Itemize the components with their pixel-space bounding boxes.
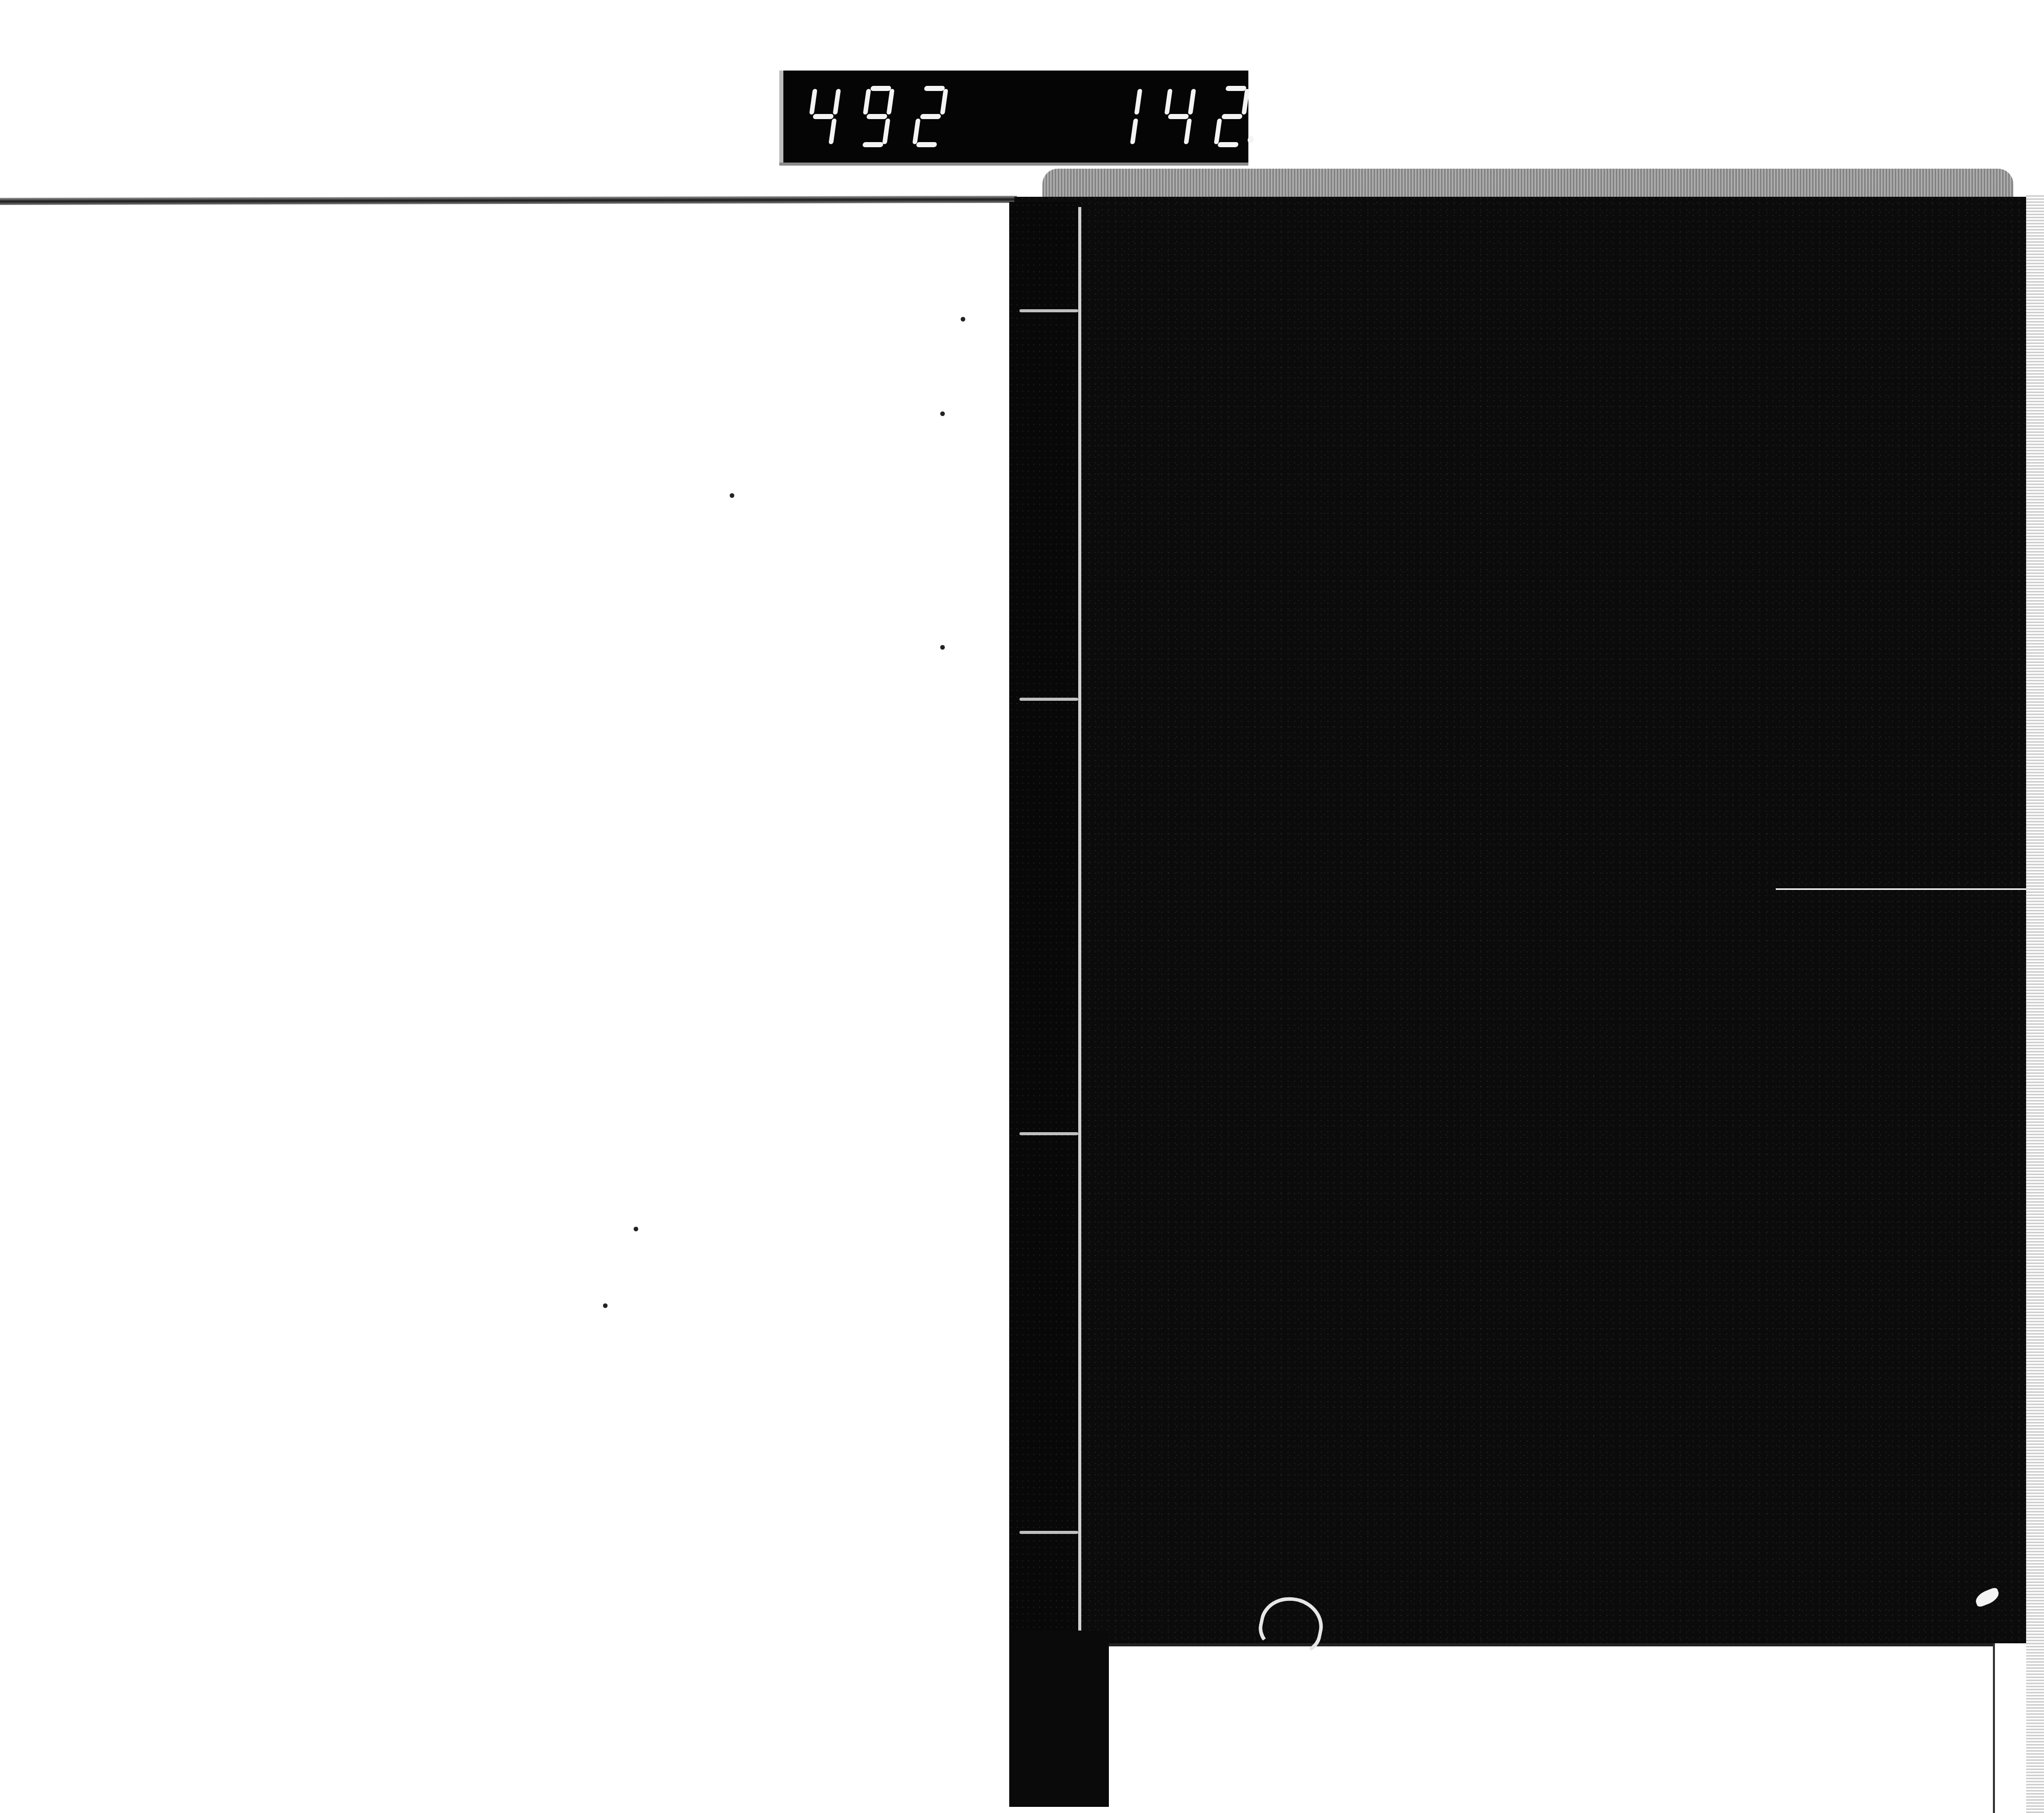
frame-number-right bbox=[1110, 86, 1246, 147]
dust-speck bbox=[940, 411, 945, 416]
spine-stitch bbox=[1019, 1132, 1078, 1135]
dust-speck bbox=[730, 493, 734, 498]
frame-number-label: 492 142. bbox=[779, 71, 1248, 163]
seven-segment-digit bbox=[912, 86, 949, 147]
book-right-edge bbox=[2026, 194, 2044, 1813]
dust-speck bbox=[961, 317, 965, 322]
book-cover bbox=[1014, 197, 2026, 1643]
table-edge-line bbox=[0, 196, 1017, 205]
spine-stitch bbox=[1019, 698, 1078, 701]
seven-segment-digit bbox=[1214, 86, 1250, 147]
spine-stitch bbox=[1019, 1531, 1078, 1534]
page-edge-line bbox=[1993, 1643, 1995, 1813]
lower-spine bbox=[1009, 1631, 1109, 1807]
cover-crease bbox=[1776, 888, 2026, 890]
seven-segment-digit bbox=[1106, 86, 1143, 147]
book-spine bbox=[1009, 202, 1081, 1638]
dust-speck bbox=[603, 1303, 608, 1308]
dust-speck bbox=[940, 645, 945, 650]
seven-segment-digit bbox=[858, 86, 895, 147]
spine-fold-line bbox=[1078, 207, 1081, 1633]
microfilm-scan: 492 142. bbox=[0, 0, 2044, 1813]
book-pages bbox=[1109, 1643, 1993, 1813]
seven-segment-digit bbox=[805, 86, 842, 147]
dust-speck bbox=[634, 1227, 638, 1231]
seven-segment-digit bbox=[1160, 86, 1197, 147]
spine-stitch bbox=[1019, 309, 1078, 312]
frame-number-left bbox=[809, 86, 944, 147]
